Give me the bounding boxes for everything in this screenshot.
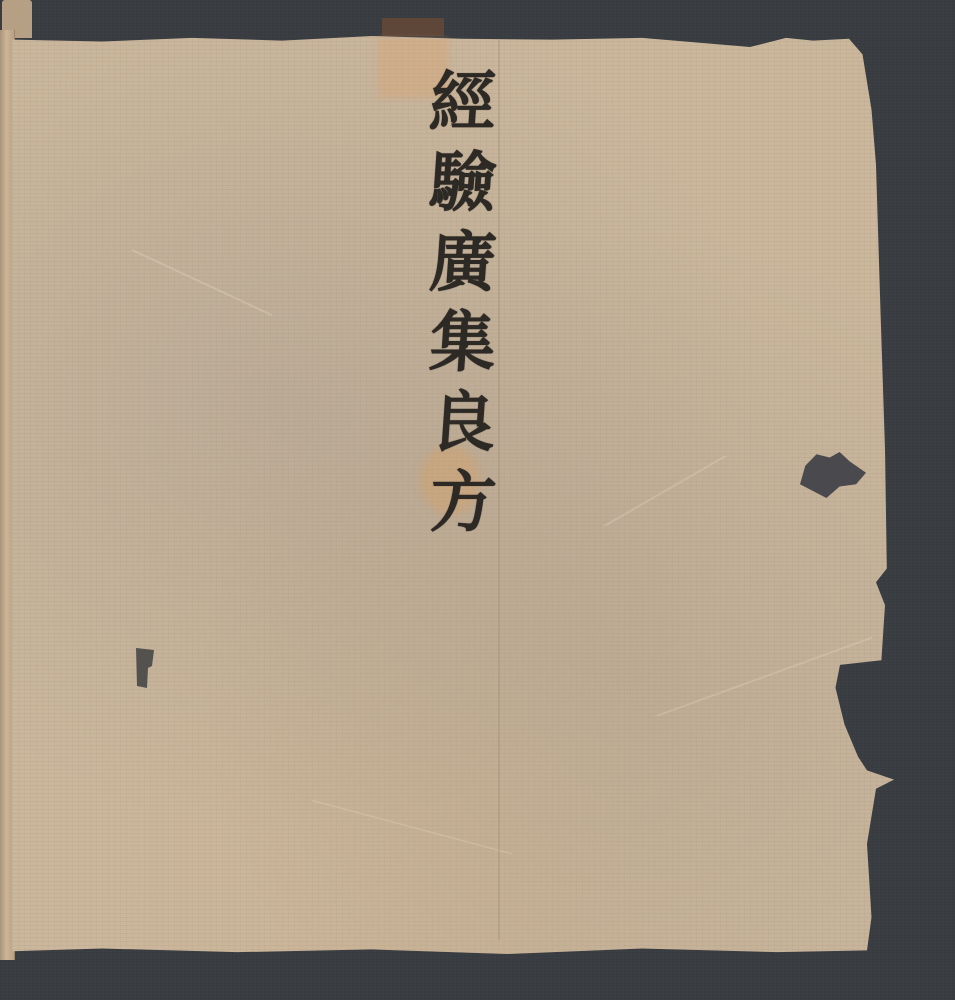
title-char-6: 方 xyxy=(427,462,499,542)
title-char-1: 經 xyxy=(427,62,499,142)
cover-title: 經 驗 廣 集 良 方 xyxy=(418,62,508,542)
title-char-3: 廣 xyxy=(427,222,499,302)
title-char-4: 集 xyxy=(427,302,499,382)
title-char-2: 驗 xyxy=(427,142,499,222)
library-tag xyxy=(382,18,444,36)
title-char-5: 良 xyxy=(427,382,499,462)
